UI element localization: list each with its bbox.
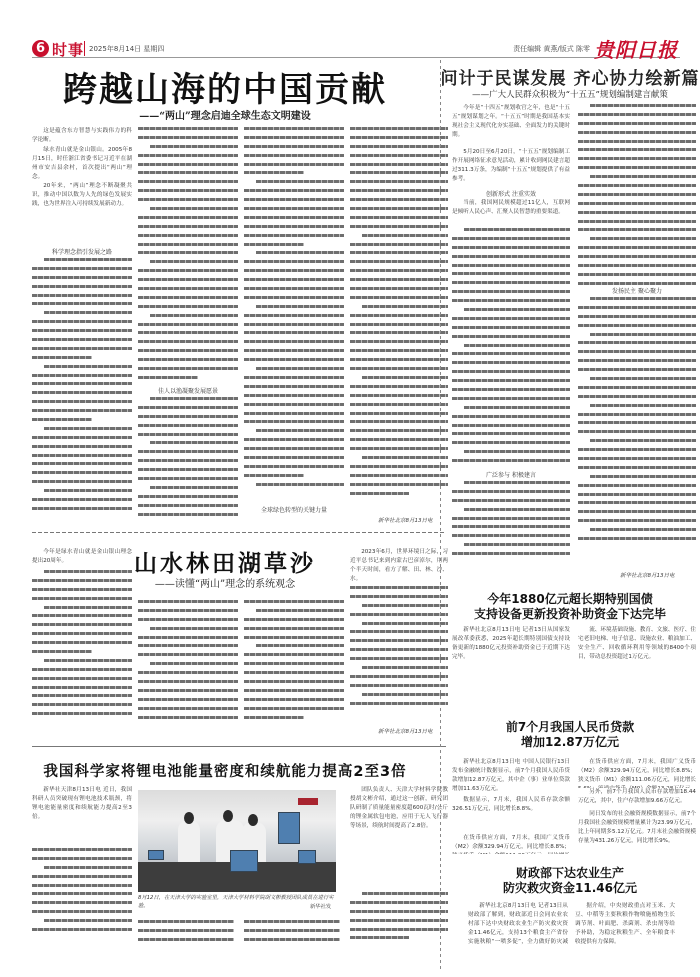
photo-lab-sign xyxy=(298,798,318,805)
right-top-subheadline: ——广大人民群众积极为“十五五”规划编制建言献策 xyxy=(440,88,700,100)
lead-column-4-text xyxy=(350,127,448,507)
loans-body-2-text: 数据显示，7月末，我国人民币存款余额326.51万亿元，同比增长8.8%。 xyxy=(452,796,570,814)
bonds-headline-line-2: 支持设备更新投资补助资金下达完毕 xyxy=(440,607,700,622)
photo-machine xyxy=(298,850,316,864)
lead-intro-text: 这是蕴含东方智慧与实践伟力的科学论断。 xyxy=(32,127,132,145)
photo-person-head xyxy=(223,810,233,822)
lead-subhead-1: 科学理念指引发展之路 xyxy=(32,247,132,256)
photo-caption: 8月12日，在天津大学的实验室里，天津大学材料学院胡文彬教授团队成员在进行实验。 xyxy=(138,894,336,910)
lab-photo xyxy=(138,790,336,892)
lead-paragraph-2-text: 绿水青山就是金山银山。2005年8月15日，时任浙江省委书记习近平在湖州市安吉县… xyxy=(32,146,132,182)
loans-body: 新华社北京8月13日电 中国人民银行13日发布金融统计数据显示，前7个月我国人民… xyxy=(452,758,570,796)
lead-paragraph-3-text: 20年来，“两山”理念不断凝聚共识，推动中国以数为人先的绿色发展实践，也为世界注… xyxy=(32,182,132,209)
second-column-4-text xyxy=(350,586,448,714)
lead-column-3-text xyxy=(244,127,344,497)
right-top-subhead-1: 创新形式 注重实效 xyxy=(452,189,570,198)
column-divider xyxy=(440,60,441,970)
agri-headline: 财政部下达农业生产 防灾救灾资金11.46亿元 xyxy=(440,866,700,896)
loans-headline: 前7个月我国人民币贷款 增加12.87万亿元 xyxy=(440,720,700,750)
loans-body-3-text: 在货币供应方面，7月末，我国广义货币（M2）余额329.94万亿元，同比增长8.… xyxy=(452,834,570,854)
second-right-intro-text: 2023年6月，世界环境日之际，习近平总书记来到内蒙古巴彦淖尔，用两个半天时间，… xyxy=(350,548,448,584)
loans-headline-line-2: 增加12.87万亿元 xyxy=(440,735,700,750)
right-top-intro: 今年是“十四五”规划收官之年，也是“十五五”规划谋划之年。“十五五”时期是我国基… xyxy=(452,104,570,148)
loans-body-3: 在货币供应方面，7月末，我国广义货币（M2）余额329.94万亿元，同比增长8.… xyxy=(452,834,570,854)
bonds-headline: 今年1880亿元超长期特别国债 支持设备更新投资补助资金下达完毕 xyxy=(440,592,700,622)
lead-paragraph-3: 20年来，“两山”理念不断凝聚共识，推动中国以数为人先的绿色发展实践，也为世界注… xyxy=(32,182,132,236)
lead-column-1-text xyxy=(32,258,132,520)
loans-body-4: 另外，前7个月我国人民币存款增加18.44万亿元，其中，住户存款增加9.66万亿… xyxy=(578,788,696,808)
photo-person-head xyxy=(248,814,258,826)
loans-headline-line-1: 前7个月我国人民币贷款 xyxy=(440,720,700,735)
right-top-column-2-text xyxy=(578,104,696,294)
second-intro: 今年是绿水青山就是金山银山理念提出20周年。 xyxy=(32,548,132,568)
right-top-paragraph-2-text: 5月20日至6月20日，“十五五”规划编制工作开展网络征求意见活动，累计收到网民… xyxy=(452,148,570,184)
loans-body-4-text: 另外，前7个月我国人民币存款增加18.44万亿元，其中，住户存款增加9.66万亿… xyxy=(578,788,696,806)
right-top-column-1b-text xyxy=(452,481,570,561)
bonds-body: 新华社北京8月13日电 记者13日从国家发展改革委获悉，2025年超长期特别国债… xyxy=(452,626,570,688)
right-top-subhead-2: 广泛参与 积极建言 xyxy=(452,470,570,479)
photo-machine xyxy=(278,812,300,844)
bonds-body-2: 流、环境基础设施、教育、文旅、医疗、住宅老旧电梯、电子信息、设施农业、粮油加工、… xyxy=(578,626,696,688)
battery-body: 新华社天津8月13日电 近日，我国科研人员突破现有锂电池技术瓶颈，将锂电池能量密… xyxy=(32,786,132,846)
lead-column-2-text xyxy=(138,127,238,389)
right-top-paragraph-2: 5月20日至6月20日，“十五五”规划编制工作开展网络征求意见活动，累计收到网民… xyxy=(452,148,570,188)
lead-dateline: 新华社北京8月13日电 xyxy=(378,516,433,524)
bonds-body-text: 新华社北京8月13日电 记者13日从国家发展改革委获悉，2025年超长期特别国债… xyxy=(452,626,570,662)
right-top-column-1-text xyxy=(452,228,570,468)
right-top-intro-text: 今年是“十四五”规划收官之年，也是“十五五”规划谋划之年。“十五五”时期是我国基… xyxy=(452,104,570,140)
battery-headline: 我国科学家将锂电池能量密度和续航能力提高2至3倍 xyxy=(0,760,450,781)
loans-body-2: 数据显示，7月末，我国人民币存款余额326.51万亿元，同比增长8.8%。 xyxy=(452,796,570,834)
photo-machine xyxy=(148,850,164,860)
second-column-1-text xyxy=(32,570,132,728)
lead-subheadline: ——“两山”理念启迪全球生态文明建设 xyxy=(0,107,450,122)
right-top-headline: 问计于民谋发展 齐心协力绘新篇 xyxy=(440,64,700,89)
right-top-subhead-3: 发扬民主 聚心聚力 xyxy=(578,286,696,295)
newspaper-logo: 贵阳日报 xyxy=(594,34,678,63)
agri-headline-line-1: 财政部下达农业生产 xyxy=(440,866,700,881)
right-top-paragraph-3-text: 当前，我国网民规模超过11亿人，互联网是倾听人民心声、汇聚人民智慧的重要渠道。 xyxy=(452,199,570,217)
loans-body-3b: 在货币供应方面，7月末，我国广义货币（M2）余额329.94万亿元，同比增长8.… xyxy=(578,758,696,788)
right-top-paragraph-3: 当前，我国网民规模超过11亿人，互联网是倾听人民心声、汇聚人民智慧的重要渠道。 xyxy=(452,199,570,225)
agri-body-2-text: 据介绍，中央财政重点对玉米、大豆、中稻等主要秋粮作物喷施植物生长调节剂、叶面肥、… xyxy=(575,902,675,946)
newspaper-page: 6 时事 2025年8月14日 星期四 责任编辑 黄燕/版式 陈零 贵阳日报 跨… xyxy=(0,0,700,977)
masthead-divider xyxy=(84,41,85,56)
agri-body: 新华社北京8月13日电 记者13日从财政部了解到，财政部近日会同农业农村部下达中… xyxy=(468,902,568,946)
bonds-body-2-text: 流、环境基础设施、教育、文旅、医疗、住宅老旧电梯、电子信息、设施农业、粮油加工、… xyxy=(578,626,696,662)
bonds-headline-line-1: 今年1880亿元超长期特别国债 xyxy=(440,592,700,607)
loans-body-5: 同日发布的社会融资规模数据显示，前7个月我国社会融资规模增量累计为23.99万亿… xyxy=(578,810,696,854)
lead-headline: 跨越山海的中国贡献 xyxy=(0,62,450,111)
battery-body-text: 新华社天津8月13日电 近日，我国科研人员突破现有锂电池技术瓶颈，将锂电池能量密… xyxy=(32,786,132,822)
lead-column-2b-text xyxy=(138,397,238,519)
lead-paragraph-2: 绿水青山就是金山银山。2005年8月15日，时任浙江省委书记习近平在湖州市安吉县… xyxy=(32,146,132,182)
battery-right-text: 团队负责人、天津大学材料学院教授胡文彬介绍，通过这一创新，研究团队研制了质量能量… xyxy=(350,786,448,831)
section-divider-2 xyxy=(32,746,446,747)
section-title: 时事 xyxy=(52,39,84,60)
photo-credit: 新华社发 xyxy=(310,902,331,910)
loans-body-3b-text: 在货币供应方面，7月末，我国广义货币（M2）余额329.94万亿元，同比增长8.… xyxy=(578,758,696,788)
agri-headline-line-2: 防灾救灾资金11.46亿元 xyxy=(440,881,700,896)
agri-body-2: 据介绍，中央财政重点对玉米、大豆、中稻等主要秋粮作物喷施植物生长调节剂、叶面肥、… xyxy=(575,902,675,946)
photo-person-head xyxy=(184,812,194,824)
battery-column-2-text xyxy=(138,920,234,950)
loans-body-text: 新华社北京8月13日电 中国人民银行13日发布金融统计数据显示，前7个月我国人民… xyxy=(452,758,570,794)
second-intro-text: 今年是绿水青山就是金山银山理念提出20周年。 xyxy=(32,548,132,566)
photo-machine xyxy=(230,850,258,872)
lead-subhead-2: 佳人以渔凝聚发展愿景 xyxy=(138,386,238,395)
second-column-3-text xyxy=(244,600,344,728)
page-number-badge: 6 xyxy=(32,40,49,57)
battery-column-3-text xyxy=(244,920,340,950)
battery-column-1-text xyxy=(32,848,132,944)
battery-right-column-2 xyxy=(350,892,448,948)
agri-body-text: 新华社北京8月13日电 记者13日从财政部了解到，财政部近日会同农业农村部下达中… xyxy=(468,902,568,946)
issue-date: 2025年8月14日 星期四 xyxy=(89,44,164,54)
loans-body-5-text: 同日发布的社会融资规模数据显示，前7个月我国社会融资规模增量累计为23.99万亿… xyxy=(578,810,696,846)
section-divider xyxy=(32,532,446,533)
right-top-dateline: 新华社北京8月13日电 xyxy=(620,571,675,579)
right-top-column-2b-text xyxy=(578,297,696,551)
masthead: 6 时事 2025年8月14日 星期四 责任编辑 黄燕/版式 陈零 贵阳日报 xyxy=(32,40,680,58)
lead-subhead-3: 全球绿色转型的关键力量 xyxy=(244,505,344,514)
editor-credits: 责任编辑 黄燕/版式 陈零 xyxy=(513,44,590,54)
second-column-2-text xyxy=(138,600,238,728)
second-right-intro: 2023年6月，世界环境日之际，习近平总书记来到内蒙古巴彦淖尔，用两个半天时间，… xyxy=(350,548,448,584)
second-dateline: 新华社北京8月13日电 xyxy=(378,727,433,735)
battery-right-column: 团队负责人、天津大学材料学院教授胡文彬介绍，通过这一创新，研究团队研制了质量能量… xyxy=(350,786,448,890)
